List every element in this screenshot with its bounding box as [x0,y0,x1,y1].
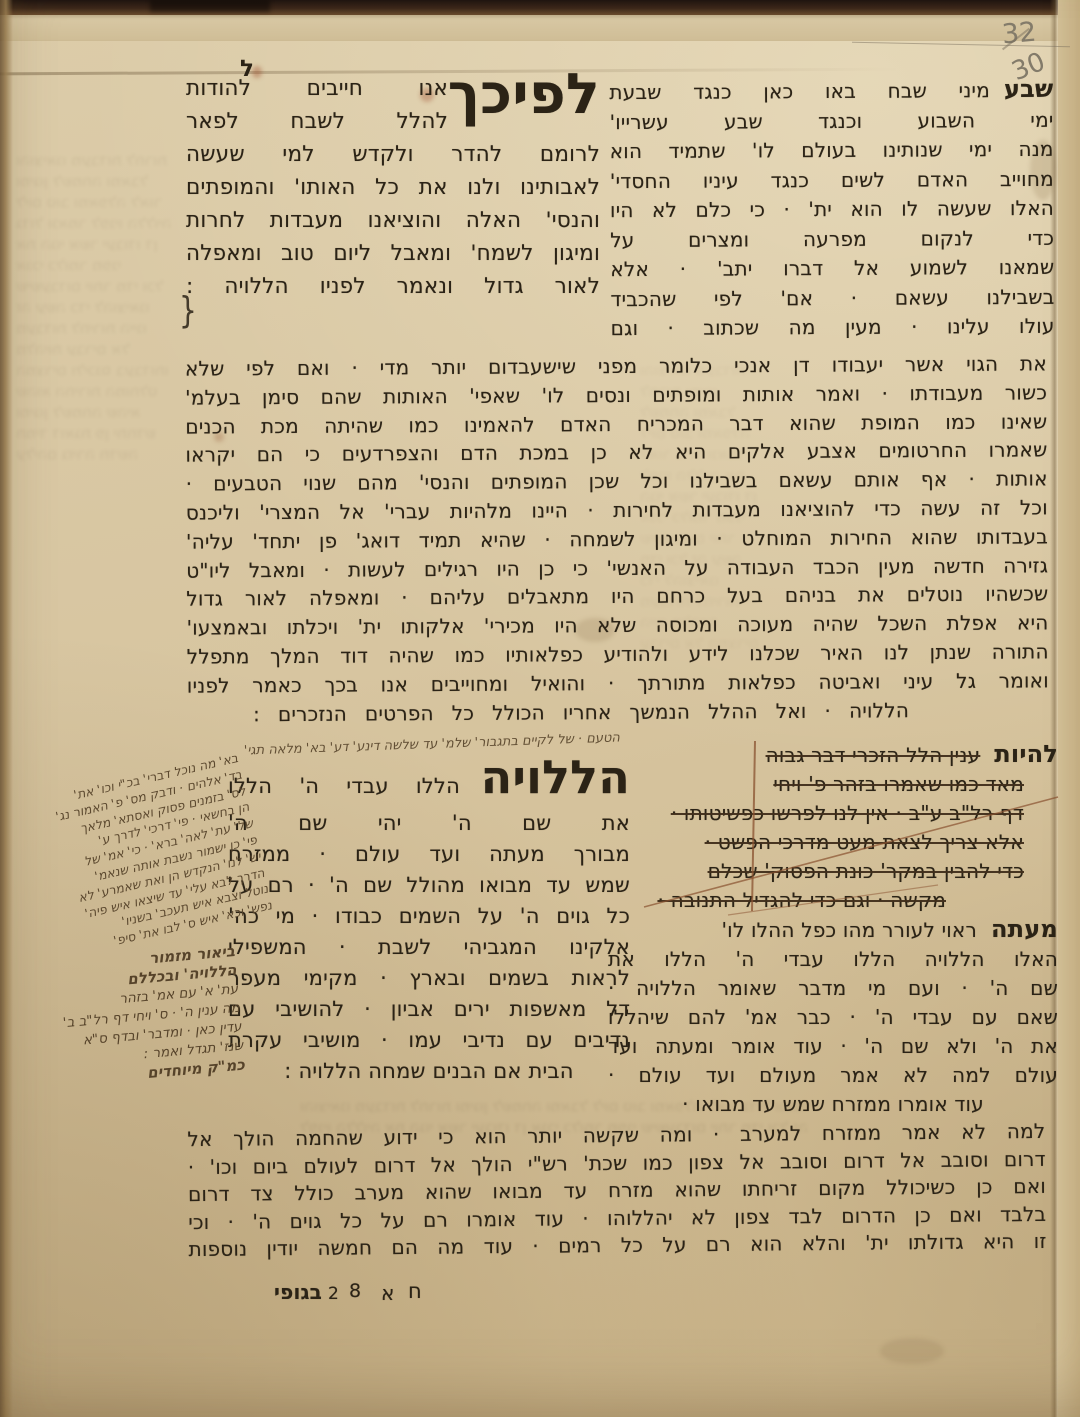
lead-word-meatah: מעתה [991,915,1058,943]
text-line: בשבילנו עשאם · אם' לפי שהכביד [610,282,1054,314]
commentary-crossed-block: להיותענין הלל הזכרי דבר גבוה מאד כמו שאמ… [608,740,1058,1119]
quire-numeral: 2 [328,1284,339,1304]
text-line: עולו עלינו · מעין מה שכתוב · וגם [611,312,1055,344]
lefikhakh-heading: לפיכך [448,68,600,121]
text-line: לאבותינו ולנו את כל האותו' והמופתים [186,171,600,204]
quire-letter: א [381,1281,395,1305]
meatah-lines: האלו הללויה הללו עבדי ה' הללו אתשם ה' · … [608,945,1058,1090]
paragraph-lines: למה לא אמר ממזרח למערב · ומה שקשה יותר ה… [187,1118,1046,1264]
middle-commentary-paragraph: את הגוי אשר יעבודו דן אנכי כלומר מפני שי… [185,349,1049,729]
text-line: שמש עד מבואו מהולל שם ה' · רם על [228,870,630,901]
text-line: מנה ימי שנותינו בעולם לו' שתמיד הוא [610,135,1054,167]
halleluyah-block: הללויה הללו עבדי ה' הללו את שם ה' יהי שם… [228,764,630,1087]
text-line: ימי השבוע וכנגד שבע עשרייו' [609,105,1053,137]
text-line: מקשה · וגם כדי להגדיל התנובה · [608,886,1058,915]
text-line: לראות בשמים ובארץ · מקימי מעפר [228,963,630,994]
text-line: דל מאשפות ירים אביון · להושיבי עם [228,994,630,1025]
commentary-sheva-paragraph: שבעמיני שבח באו כאן כנגד שבעת ימי השבוע … [609,75,1054,344]
lefikhakh-block: לפיכך אנו חייבים להודותלהלל לשבח לפאר לר… [186,72,600,303]
struck-first-line: להיותענין הלל הזכרי דבר גבוה [608,740,1058,770]
marginal-gloss-lower: ביאור מזמורהללויה' ובכללםעת' א' עם אמ' ב… [7,942,246,1094]
meatah-last-line: עוד אומרו ממזרח שמש עד מבואו · [608,1090,1058,1119]
psalm-lines: מבורך מעתה ועד עולם · ממזרחשמש עד מבואו … [228,839,630,1056]
manuscript-page-scan: והוציאנו מעבדות לחרות ומיגון לשמחה ומאבל… [0,0,1080,1417]
lead-word-lihyot: להיות [994,740,1058,768]
text-line: ואומר גל עיני ואביטה כפלאות מתורתך · והו… [187,666,1049,700]
text-line: אנו חייבים להודות [186,72,448,105]
text-line: לאור גדול ונאמר לפניו הללויה : [186,270,600,303]
binding-edge-left [0,0,13,1417]
text-line: להלל לשבח לפאר [186,105,448,138]
lefikhakh-lines: לרומם להדר ולקדש למי שעשהלאבותינו ולנו א… [186,138,600,303]
text-line: אלקינו המגביהי לשבת · המשפילי [228,932,630,963]
text-line: נדיבים עם נדיבי עמו · מושיבי עקרת [228,1025,630,1056]
paragraph-first-line: שבעמיני שבח באו כאן כנגד שבעת [609,75,1053,108]
meatah-first-line: מעתהראוי לעורר מהו כפל ההלו לו' [608,915,1058,945]
psalm-first-line: הללו עבדי ה' הללו [228,764,460,808]
paper-stain [880,1338,944,1364]
page-edge-right [1058,0,1080,1417]
quire-letter: ח [408,1279,422,1303]
text-line: שם ה' · ועם מי מדבר שאומר הללויה · [608,974,1058,1003]
text-line: כל גוים ה' על השמים כבודו · מי כה' [228,901,630,932]
struck-text: ענין הלל הזכרי דבר גבוה [766,743,981,767]
text-line: מחוייב האדם לשים כנגד עיניו החסדי' [610,164,1054,196]
text-line: האלו הללויה הללו עבדי ה' הללו את [608,945,1058,974]
text-line: בעבדותו שהוא החירות המוחלט · ומיגון לשמח… [186,522,1048,556]
catchword: בגופי [274,1280,322,1304]
paragraph-lines: ימי השבוע וכנגד שבע עשרייו'מנה ימי שנותי… [609,105,1054,343]
text-line: אלא צריך לצאת מעט מדרכי הפשט · [608,828,1058,857]
line-text: ראוי לעורר מהו כפל ההלו לו' [721,918,976,942]
text-line: דף רל"ב ע"ב · אין לנו לפרשו כפשיטותו · [608,799,1058,828]
text-line: את ה' ולא שם ה' · עוד אומר ומעתה ועד [608,1032,1058,1061]
halleluyah-heading: הללויה [481,756,630,800]
text-line: האלו שעשה לו הוא ית' · כי כלם לא היו [610,194,1054,226]
text-line: מאד כמו שאמרו בזהר פ' ויחי [608,770,1058,799]
heading-side-lines: אנו חייבים להודותלהלל לשבח לפאר [186,72,448,138]
paragraph-last-line: הללויה · ואל ההלל הנמשך אחריו הכולל כל ה… [253,696,909,729]
verso-showthrough: והוציאנו מעבדות לחרות ומיגון לשמחה ומאבל… [16,150,176,710]
page-top-ridge [0,15,1080,41]
text-line: מבורך מעתה ועד עולם · ממזרח [228,839,630,870]
text-line: שאם עם עבדי ה' · כבר אמ' להם שיהללו [608,1003,1058,1032]
line-text: מיני שבח באו כאן כנגד שבעת [609,78,990,104]
text-line: כשור מעבודתו · ואמר אותות ומופתים ונסים … [185,378,1047,412]
text-line: והנסי' האלה והוציאנו מעבדות לחרות [186,204,600,237]
lead-word-sheva: שבע [1004,75,1054,103]
bottom-commentary-paragraph: למה לא אמר ממזרח למערב · ומה שקשה יותר ה… [187,1118,1046,1264]
text-line: כדי לנקום מפרעה ומצרים על [610,223,1054,255]
text-line: לרומם להדר ולקדש למי שעשה [186,138,600,171]
text-line: עולם למה לא אמר מעולם ועד עולם · [608,1061,1058,1090]
paragraph-lines: את הגוי אשר יעבודו דן אנכי כלומר מפני שי… [185,349,1049,700]
edge-stain [150,0,270,12]
psalm-line-2: את שם ה' יהי שם ה' [228,808,630,839]
struck-lines: מאד כמו שאמרו בזהר פ' ויחידף רל"ב ע"ב · … [608,770,1058,915]
text-line: כדי להבין במקר' כונת הפסוק' שכלם [608,857,1058,886]
text-line: ומיגון לשמח' ומאבל ליום טוב ומאפלה [186,237,600,270]
quire-numeral: 8 [349,1280,361,1302]
text-line: שמאנו לשמוע אל דברו יתב' · אלא [610,253,1054,285]
psalm-last-line: הבית אם הבנים שמחה הללויה : [228,1056,630,1087]
